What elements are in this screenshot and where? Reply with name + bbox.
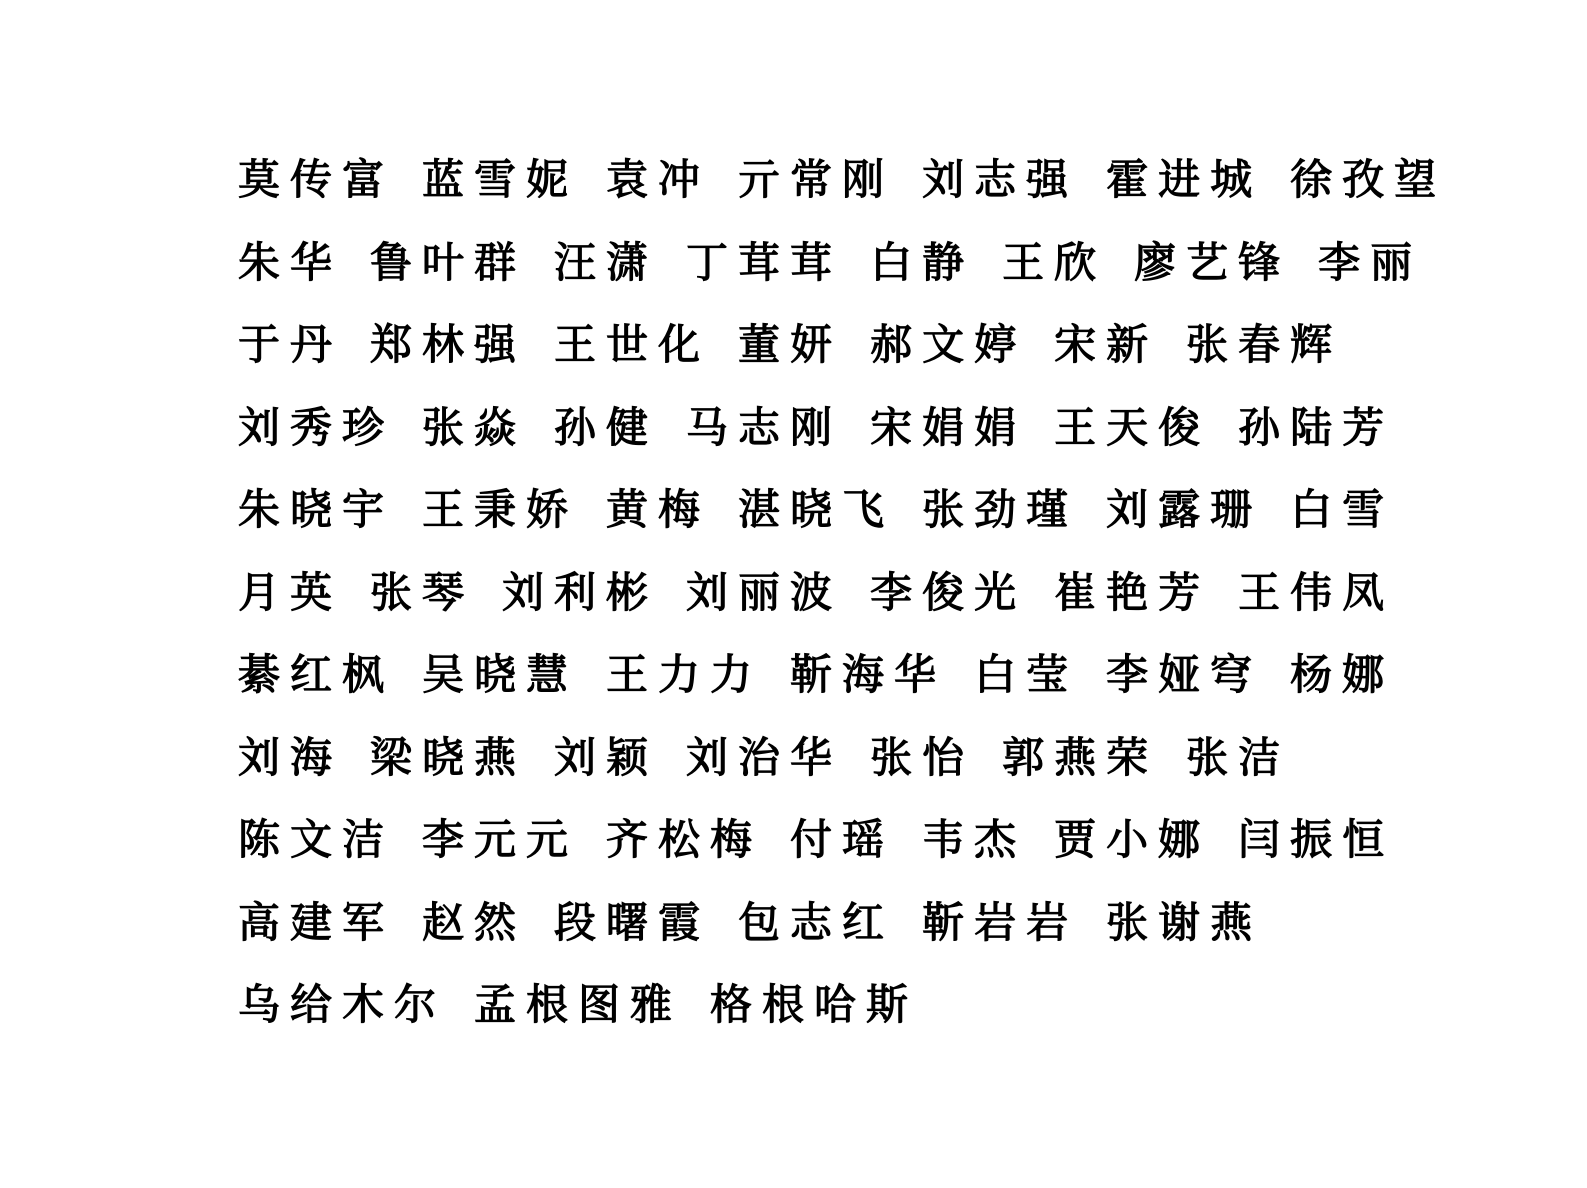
name-item: 廖艺锋 <box>1134 243 1290 285</box>
name-item: 乌给木尔 <box>238 985 446 1027</box>
name-item: 綦红枫 <box>238 655 394 697</box>
name-item: 马志刚 <box>686 408 842 450</box>
name-list-row: 刘海梁晓燕刘颖刘治华张怡郭燕荣张洁 <box>238 718 1348 801</box>
name-item: 刘志强 <box>922 160 1078 202</box>
name-item: 崔艳芳 <box>1054 573 1210 615</box>
name-item: 霍进城 <box>1106 160 1262 202</box>
name-item: 包志红 <box>738 903 894 945</box>
name-item: 王欣 <box>1002 243 1106 285</box>
name-item: 月英 <box>238 573 342 615</box>
name-list-row: 月英张琴刘利彬刘丽波李俊光崔艳芳王伟凤 <box>238 553 1348 636</box>
name-item: 靳岩岩 <box>922 903 1078 945</box>
name-item: 蓝雪妮 <box>422 160 578 202</box>
name-item: 孙健 <box>554 408 658 450</box>
name-item: 王世化 <box>554 325 710 367</box>
name-item: 贾小娜 <box>1054 820 1210 862</box>
name-item: 黄梅 <box>606 490 710 532</box>
name-item: 李元元 <box>422 820 578 862</box>
name-list-row: 乌给木尔孟根图雅格根哈斯 <box>238 965 1348 1048</box>
name-item: 刘露珊 <box>1106 490 1262 532</box>
name-item: 吴晓慧 <box>422 655 578 697</box>
name-item: 韦杰 <box>922 820 1026 862</box>
name-item: 刘海 <box>238 738 342 780</box>
name-item: 王天俊 <box>1054 408 1210 450</box>
name-item: 闫振恒 <box>1238 820 1394 862</box>
name-item: 鲁叶群 <box>370 243 526 285</box>
name-list-row: 于丹郑林强王世化董妍郝文婷宋新张春辉 <box>238 305 1348 388</box>
name-item: 白静 <box>870 243 974 285</box>
name-item: 刘颖 <box>554 738 658 780</box>
name-item: 湛晓飞 <box>738 490 894 532</box>
name-item: 宋新 <box>1054 325 1158 367</box>
name-item: 李俊光 <box>870 573 1026 615</box>
name-item: 亓常刚 <box>738 160 894 202</box>
name-item: 李娅穹 <box>1106 655 1262 697</box>
name-item: 高建军 <box>238 903 394 945</box>
name-item: 段曙霞 <box>554 903 710 945</box>
name-item: 齐松梅 <box>606 820 762 862</box>
name-list-row: 朱华鲁叶群汪潇丁茸茸白静王欣廖艺锋李丽 <box>238 223 1348 306</box>
name-item: 白莹 <box>974 655 1078 697</box>
name-item: 刘丽波 <box>686 573 842 615</box>
name-item: 张劲瑾 <box>922 490 1078 532</box>
name-item: 张焱 <box>422 408 526 450</box>
name-item: 汪潇 <box>554 243 658 285</box>
name-list-row: 綦红枫吴晓慧王力力靳海华白莹李娅穹杨娜 <box>238 635 1348 718</box>
document-page: 莫传富蓝雪妮袁冲亓常刚刘志强霍进城徐孜望朱华鲁叶群汪潇丁茸茸白静王欣廖艺锋李丽于… <box>0 0 1587 1188</box>
name-item: 刘利彬 <box>502 573 658 615</box>
name-list-row: 陈文洁李元元齐松梅付瑶韦杰贾小娜闫振恒 <box>238 800 1348 883</box>
name-item: 宋娟娟 <box>870 408 1026 450</box>
name-item: 孙陆芳 <box>1238 408 1394 450</box>
name-list-row: 高建军赵然段曙霞包志红靳岩岩张谢燕 <box>238 883 1348 966</box>
name-item: 郝文婷 <box>870 325 1026 367</box>
name-item: 孟根图雅 <box>474 985 682 1027</box>
name-item: 张怡 <box>870 738 974 780</box>
name-item: 张谢燕 <box>1106 903 1262 945</box>
name-item: 靳海华 <box>790 655 946 697</box>
name-item: 梁晓燕 <box>370 738 526 780</box>
name-list: 莫传富蓝雪妮袁冲亓常刚刘志强霍进城徐孜望朱华鲁叶群汪潇丁茸茸白静王欣廖艺锋李丽于… <box>238 140 1348 1048</box>
name-item: 王伟凤 <box>1238 573 1394 615</box>
name-item: 李丽 <box>1318 243 1422 285</box>
name-item: 郑林强 <box>370 325 526 367</box>
name-item: 张春辉 <box>1186 325 1342 367</box>
name-item: 格根哈斯 <box>710 985 918 1027</box>
name-item: 付瑶 <box>790 820 894 862</box>
name-item: 刘秀珍 <box>238 408 394 450</box>
name-item: 朱华 <box>238 243 342 285</box>
name-item: 董妍 <box>738 325 842 367</box>
name-item: 王秉娇 <box>422 490 578 532</box>
name-item: 徐孜望 <box>1290 160 1446 202</box>
name-item: 张琴 <box>370 573 474 615</box>
name-item: 丁茸茸 <box>686 243 842 285</box>
name-list-row: 莫传富蓝雪妮袁冲亓常刚刘志强霍进城徐孜望 <box>238 140 1348 223</box>
name-list-row: 刘秀珍张焱孙健马志刚宋娟娟王天俊孙陆芳 <box>238 388 1348 471</box>
name-item: 张洁 <box>1186 738 1290 780</box>
name-item: 郭燕荣 <box>1002 738 1158 780</box>
name-item: 莫传富 <box>238 160 394 202</box>
name-item: 赵然 <box>422 903 526 945</box>
name-item: 袁冲 <box>606 160 710 202</box>
name-item: 刘治华 <box>686 738 842 780</box>
name-item: 杨娜 <box>1290 655 1394 697</box>
name-item: 于丹 <box>238 325 342 367</box>
name-item: 朱晓宇 <box>238 490 394 532</box>
name-item: 陈文洁 <box>238 820 394 862</box>
name-item: 王力力 <box>606 655 762 697</box>
name-list-row: 朱晓宇王秉娇黄梅湛晓飞张劲瑾刘露珊白雪 <box>238 470 1348 553</box>
name-item: 白雪 <box>1290 490 1394 532</box>
